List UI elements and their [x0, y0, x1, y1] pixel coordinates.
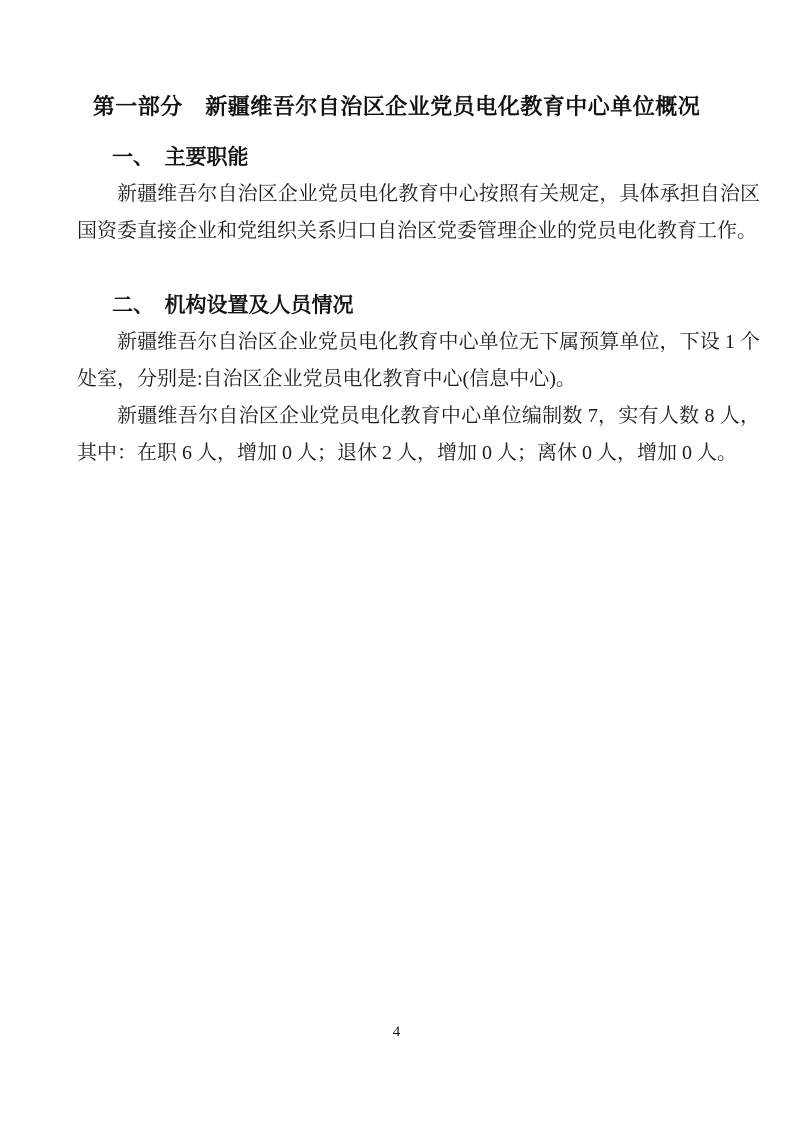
paragraph-main-functions: 新疆维吾尔自治区企业党员电化教育中心按照有关规定，具体承担自治区国资委直接企业和…: [77, 176, 760, 250]
page-number: 4: [0, 1022, 793, 1042]
paragraph-organization: 新疆维吾尔自治区企业党员电化教育中心单位无下属预算单位，下设 1 个处室，分别是…: [77, 324, 760, 398]
document-body: 一、 主要职能 新疆维吾尔自治区企业党员电化教育中心按照有关规定，具体承担自治区…: [0, 139, 793, 472]
document-page: 第一部分 新疆维吾尔自治区企业党员电化教育中心单位概况 一、 主要职能 新疆维吾…: [0, 0, 793, 1122]
document-title: 第一部分 新疆维吾尔自治区企业党员电化教育中心单位概况: [0, 92, 793, 122]
paragraph-personnel-counts: 新疆维吾尔自治区企业党员电化教育中心单位编制数 7，实有人数 8 人，其中：在职…: [77, 398, 760, 472]
section-heading-main-functions: 一、 主要职能: [77, 139, 760, 176]
section-heading-organization-personnel: 二、 机构设置及人员情况: [77, 287, 760, 324]
